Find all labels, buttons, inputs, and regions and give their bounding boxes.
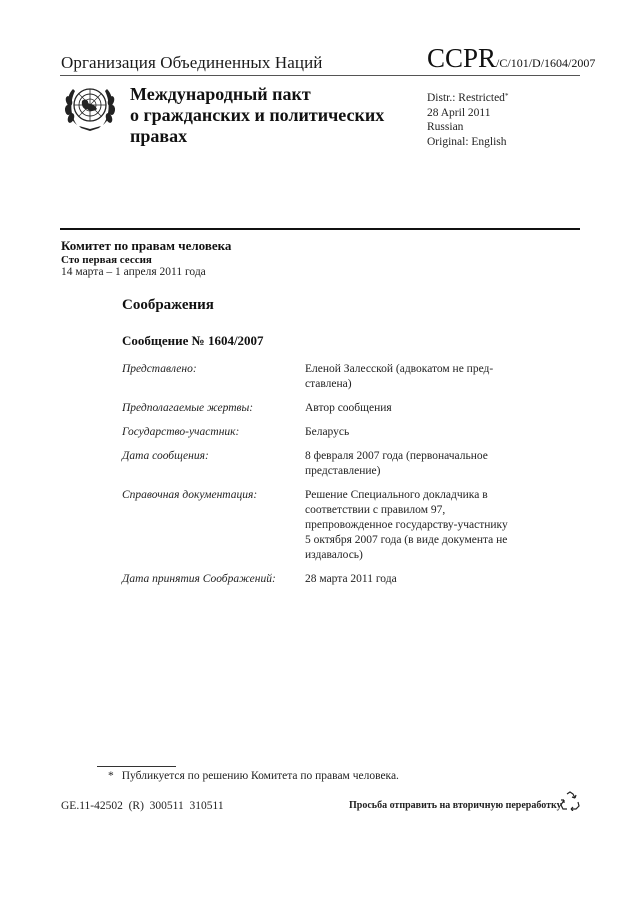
- session-dates: 14 марта – 1 апреля 2011 года: [61, 266, 206, 278]
- recycle-notice: Просьба отправить на вторичную переработ…: [349, 800, 562, 811]
- detail-label: Дата сообщения:: [122, 449, 305, 479]
- symbol-main: CCPR: [427, 43, 496, 73]
- original-language: Original: English: [427, 135, 508, 150]
- covenant-title-line: Международный пакт: [130, 84, 384, 105]
- document-language: Russian: [427, 120, 508, 135]
- detail-row: Государство-участник: Беларусь: [122, 425, 522, 440]
- communication-details: Представлено: Еленой Залесской (адвокато…: [122, 362, 522, 596]
- main-divider: [60, 228, 580, 230]
- detail-label: Справочная документация:: [122, 488, 305, 563]
- detail-label: Предполагаемые жертвы:: [122, 401, 305, 416]
- detail-row: Дата сообщения: 8 февраля 2007 года (пер…: [122, 449, 522, 479]
- footnote-mark: *: [108, 770, 114, 782]
- footnote-text: Публикуется по решению Комитета по права…: [122, 770, 399, 782]
- detail-row: Дата принятия Соображений: 28 марта 2011…: [122, 572, 522, 587]
- un-emblem-icon: [63, 81, 117, 131]
- section-heading: Соображения: [122, 297, 214, 314]
- distribution-footnote-mark: *: [505, 92, 509, 100]
- symbol-suffix: /C/101/D/1604/2007: [496, 56, 595, 70]
- distribution-block: Distr.: Restricted* 28 April 2011 Russia…: [427, 91, 508, 149]
- detail-label: Представлено:: [122, 362, 305, 392]
- document-symbol: CCPR/C/101/D/1604/2007: [427, 44, 595, 77]
- session-name: Сто первая сессия: [61, 254, 152, 266]
- recycle-icon: [559, 791, 581, 811]
- detail-label: Государство-участник:: [122, 425, 305, 440]
- detail-row: Предполагаемые жертвы: Автор сообщения: [122, 401, 522, 416]
- detail-label: Дата принятия Соображений:: [122, 572, 305, 587]
- document-date: 28 April 2011: [427, 106, 508, 121]
- covenant-title-line: о гражданских и политических: [130, 105, 384, 126]
- header-divider: [60, 75, 580, 76]
- detail-value: Решение Специального докладчика в соотве…: [305, 488, 510, 563]
- communication-number: Сообщение № 1604/2007: [122, 333, 264, 349]
- distribution-status: Distr.: Restricted*: [427, 91, 508, 106]
- committee-name: Комитет по правам человека: [61, 238, 231, 254]
- detail-value: 28 марта 2011 года: [305, 572, 510, 587]
- footnote-separator: [97, 766, 176, 767]
- detail-value: Еленой Залесской (адвокатом не пред-став…: [305, 362, 510, 392]
- detail-row: Справочная документация: Решение Специал…: [122, 488, 522, 563]
- covenant-title: Международный пакт о гражданских и полит…: [130, 84, 384, 147]
- job-number: GE.11-42502 (R) 300511 310511: [61, 800, 224, 812]
- detail-value: Автор сообщения: [305, 401, 510, 416]
- detail-row: Представлено: Еленой Залесской (адвокато…: [122, 362, 522, 392]
- detail-value: 8 февраля 2007 года (первоначальное пред…: [305, 449, 510, 479]
- detail-value: Беларусь: [305, 425, 510, 440]
- footnote: *Публикуется по решению Комитета по прав…: [108, 770, 399, 782]
- organization-name: Организация Объединенных Наций: [61, 53, 323, 73]
- covenant-title-line: правах: [130, 126, 384, 147]
